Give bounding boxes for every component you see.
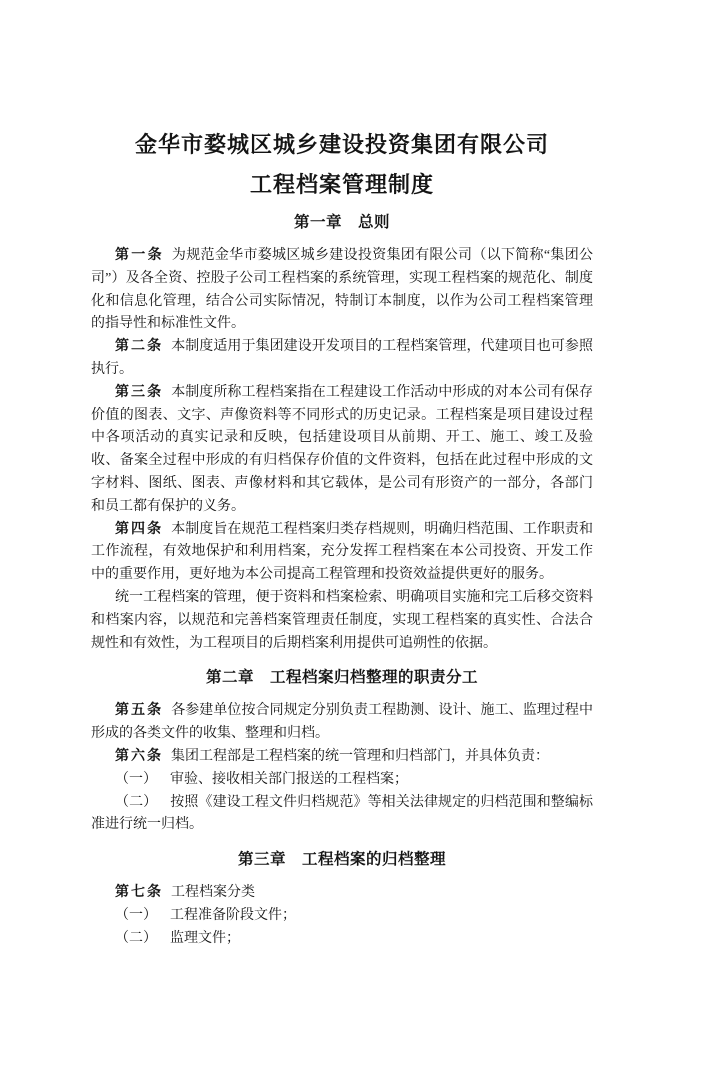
document-title-line1: 金华市婺城区城乡建设投资集团有限公司 bbox=[91, 130, 593, 160]
article-7-item-2: （二）监理文件； bbox=[91, 928, 593, 951]
article-7-text: 工程档案分类 bbox=[171, 885, 255, 900]
article-7-item-2-text: 监理文件； bbox=[170, 931, 240, 946]
article-7-item-1: （一）工程准备阶段文件； bbox=[91, 905, 593, 928]
article-4-text: 本制度旨在规范工程档案归类存档规则，明确归档范围、工作职责和工作流程，有效地保护… bbox=[91, 522, 593, 583]
article-6-item-2-marker: （二） bbox=[115, 795, 157, 810]
article-4-continuation-text: 统一工程档案的管理，便于资料和档案检索、明确项目实施和完工后移交资料和档案内容，… bbox=[91, 590, 593, 651]
article-3-text: 本制度所称工程档案指在工程建设工作活动中形成的对本公司有保存价值的图表、文字、声… bbox=[91, 385, 593, 514]
article-6-text: 集团工程部是工程档案的统一管理和归档部门，并具体负责： bbox=[171, 749, 549, 764]
article-5-number: 第五条 bbox=[115, 703, 163, 718]
article-2-paragraph: 第二条本制度适用于集团建设开发项目的工程档案管理，代建项目也可参照执行。 bbox=[91, 336, 593, 382]
article-4-continuation-paragraph: 统一工程档案的管理，便于资料和档案检索、明确项目实施和完工后移交资料和档案内容，… bbox=[91, 587, 593, 655]
chapter-heading-2: 第二章 工程档案归档整理的职责分工 bbox=[91, 666, 593, 690]
article-4-paragraph: 第四条本制度旨在规范工程档案归类存档规则，明确归档范围、工作职责和工作流程，有效… bbox=[91, 519, 593, 587]
chapter-heading-1: 第一章 总则 bbox=[91, 211, 593, 235]
article-7-item-1-marker: （一） bbox=[115, 908, 157, 923]
document-title-line2: 工程档案管理制度 bbox=[91, 170, 593, 200]
article-6-item-1-text: 审验、接收相关部门报送的工程档案； bbox=[170, 772, 408, 787]
article-1-number: 第一条 bbox=[115, 248, 164, 263]
article-6-item-2: （二）按照《建设工程文件归档规范》等相关法律规定的归档范围和整编标准进行统一归档… bbox=[91, 792, 593, 838]
chapter-heading-3: 第三章 工程档案的归档整理 bbox=[91, 848, 593, 872]
article-7-number: 第七条 bbox=[115, 885, 163, 900]
article-6-number: 第六条 bbox=[115, 749, 163, 764]
article-6-item-1-marker: （一） bbox=[115, 772, 157, 787]
article-4-number: 第四条 bbox=[115, 522, 163, 537]
article-7-item-2-marker: （二） bbox=[115, 931, 157, 946]
article-1-paragraph: 第一条为规范金华市婺城区城乡建设投资集团有限公司（以下简称“集团公司”）及各全资… bbox=[91, 245, 593, 336]
article-7-item-1-text: 工程准备阶段文件； bbox=[170, 908, 296, 923]
article-6-item-1: （一）审验、接收相关部门报送的工程档案； bbox=[91, 769, 593, 792]
article-6-paragraph: 第六条集团工程部是工程档案的统一管理和归档部门，并具体负责： bbox=[91, 746, 593, 769]
article-3-number: 第三条 bbox=[115, 385, 163, 400]
article-2-text: 本制度适用于集团建设开发项目的工程档案管理，代建项目也可参照执行。 bbox=[91, 339, 593, 377]
article-7-paragraph: 第七条工程档案分类 bbox=[91, 882, 593, 905]
document-page: 金华市婺城区城乡建设投资集团有限公司 工程档案管理制度 第一章 总则 第一条为规… bbox=[0, 0, 720, 1080]
article-5-paragraph: 第五条各参建单位按合同规定分别负责工程勘测、设计、施工、监理过程中形成的各类文件… bbox=[91, 700, 593, 746]
article-1-text: 为规范金华市婺城区城乡建设投资集团有限公司（以下简称“集团公司”）及各全资、控股… bbox=[91, 248, 593, 331]
article-5-text: 各参建单位按合同规定分别负责工程勘测、设计、施工、监理过程中形成的各类文件的收集… bbox=[91, 703, 593, 741]
article-6-item-2-text: 按照《建设工程文件归档规范》等相关法律规定的归档范围和整编标准进行统一归档。 bbox=[91, 795, 593, 833]
article-3-paragraph: 第三条本制度所称工程档案指在工程建设工作活动中形成的对本公司有保存价值的图表、文… bbox=[91, 382, 593, 519]
article-2-number: 第二条 bbox=[115, 339, 163, 354]
